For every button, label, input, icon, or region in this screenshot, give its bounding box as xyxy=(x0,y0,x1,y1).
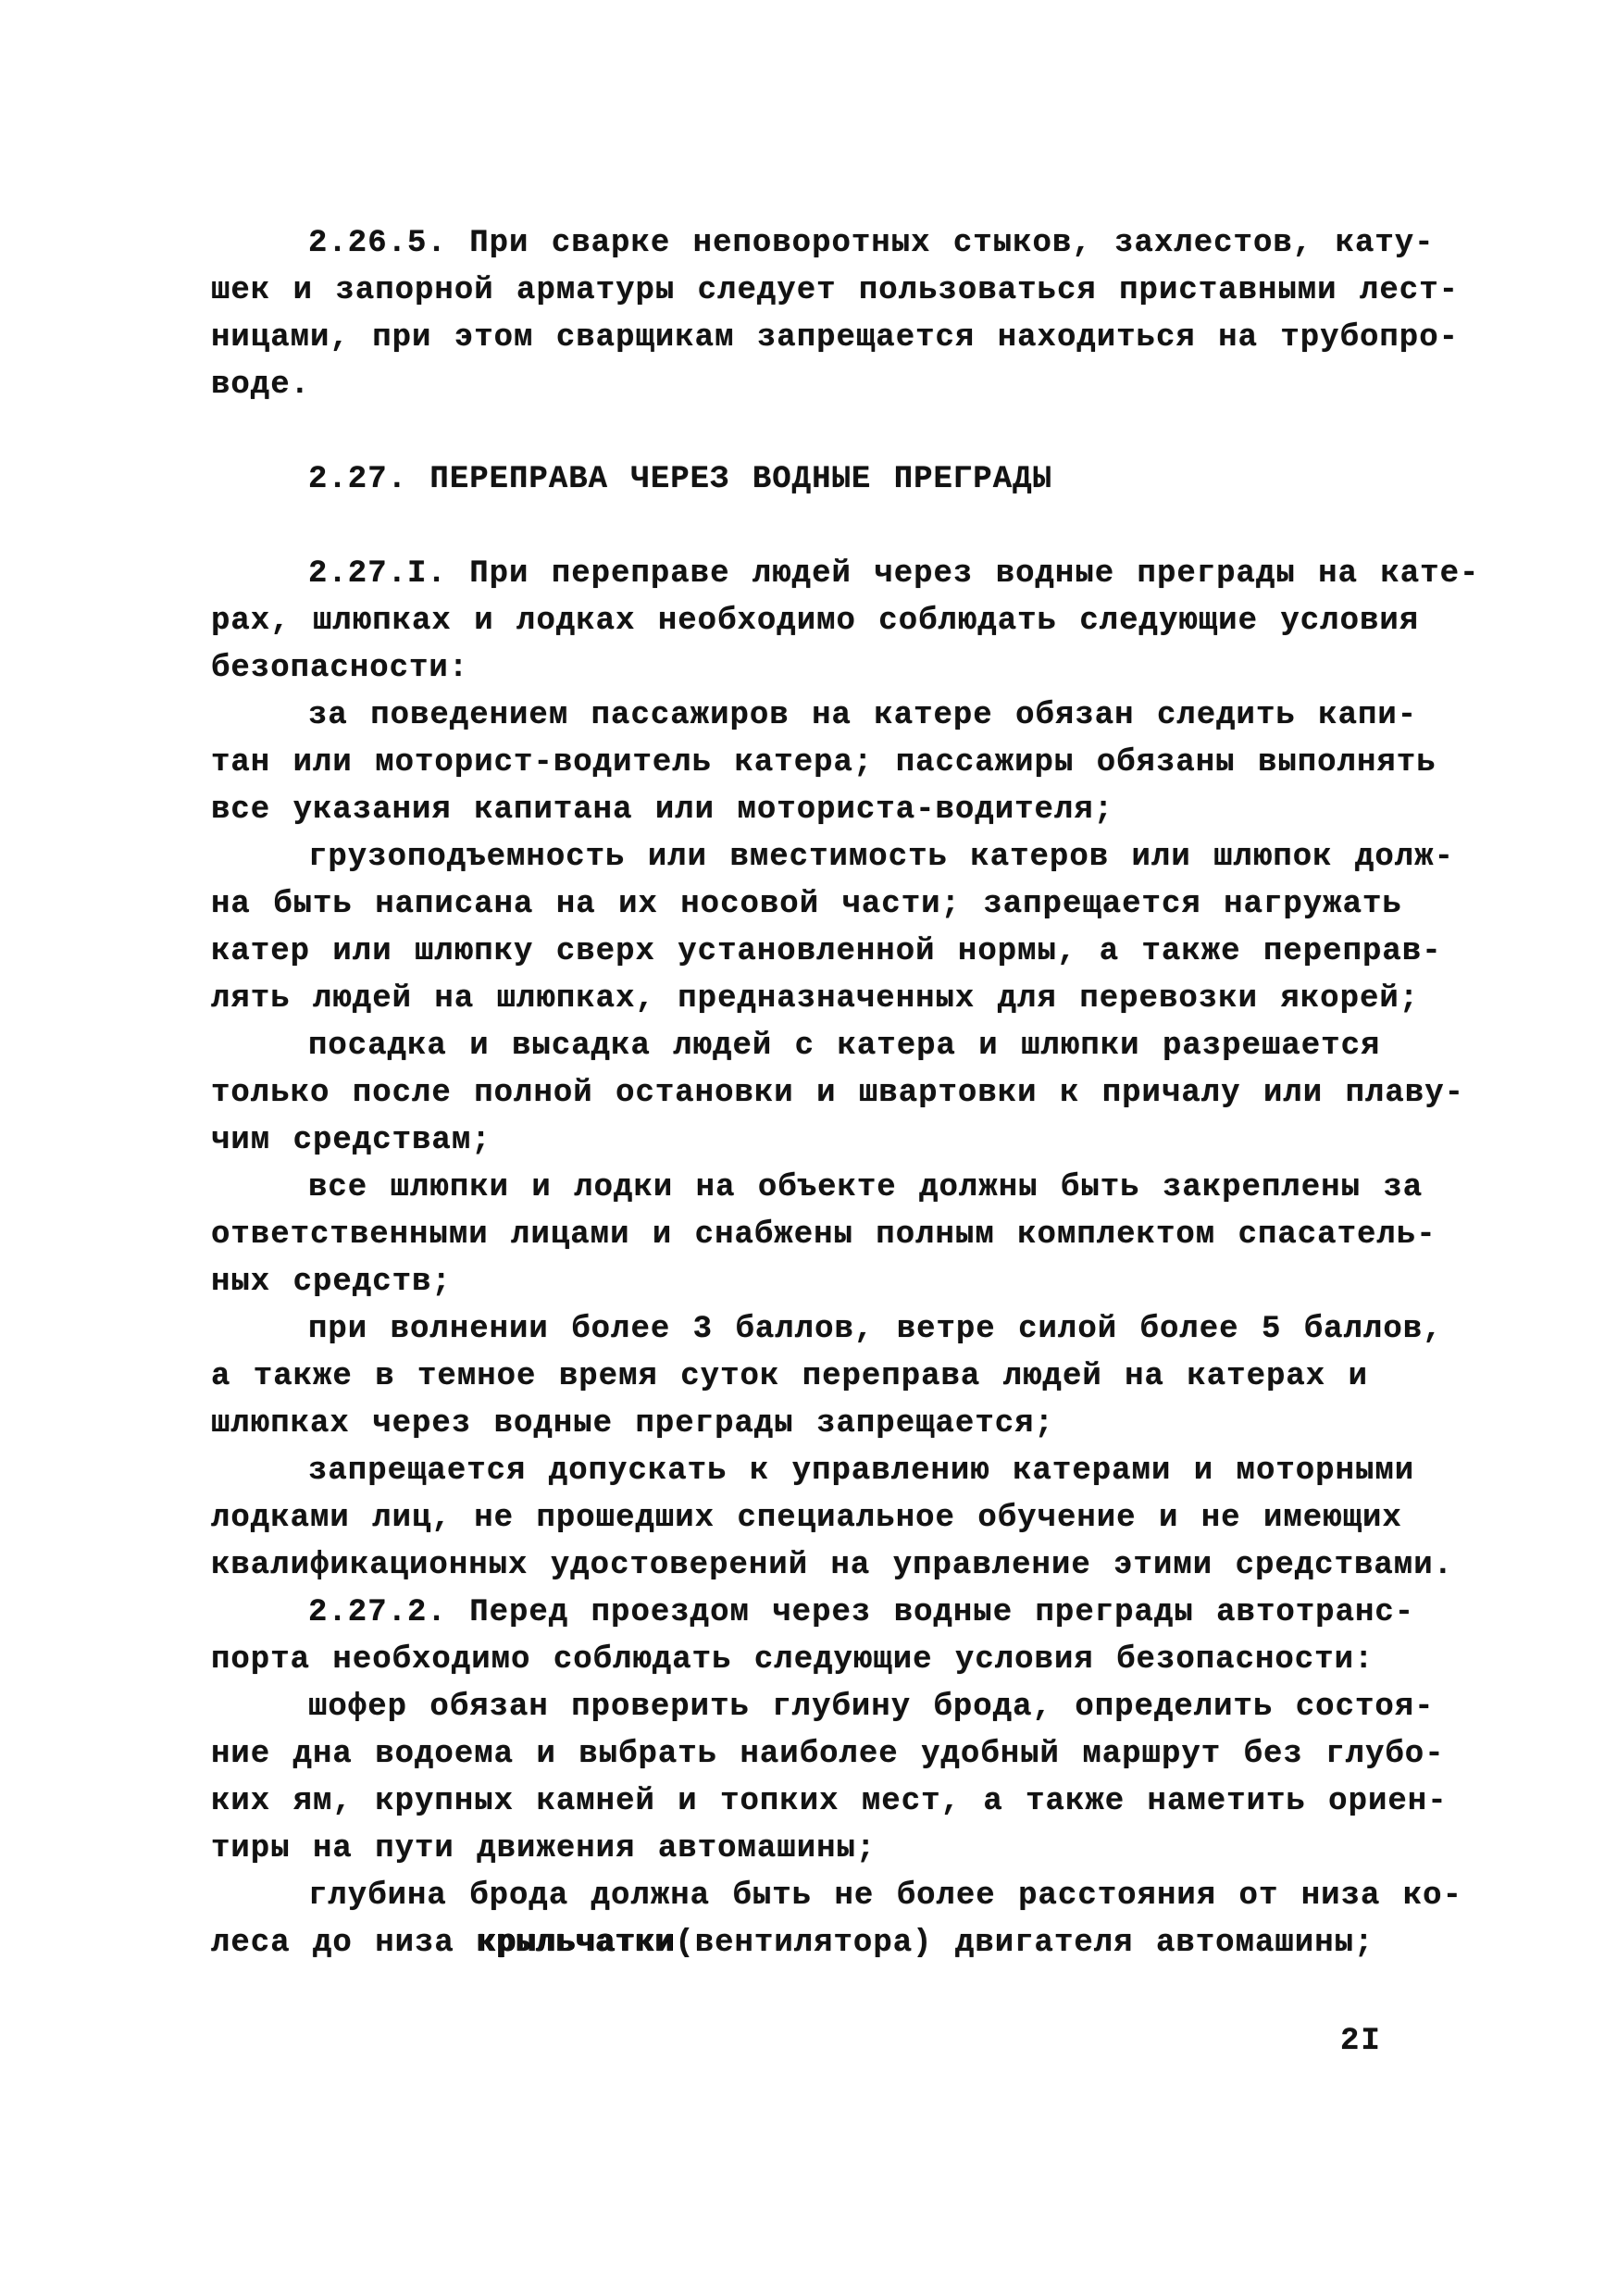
text-run: леса до низа xyxy=(211,1926,477,1961)
page-number: 2I xyxy=(1340,2018,1382,2065)
text-line: порта необходимо соблюдать следующие усл… xyxy=(211,1637,1498,1684)
text-line: квалификационных удостоверений на управл… xyxy=(211,1542,1498,1590)
text-line: катер или шлюпку сверх установленной нор… xyxy=(211,929,1498,976)
text-line: 2.26.5. При сварке неповоротных стыков, … xyxy=(211,220,1498,268)
text-line: грузоподъемность или вместимость катеров… xyxy=(211,834,1498,881)
text-line: ницами, при этом сварщикам запрещается н… xyxy=(211,315,1498,362)
paragraph: 2.26.5. При сварке неповоротных стыков, … xyxy=(211,220,1498,409)
text-line: тан или моторист-водитель катера; пассаж… xyxy=(211,740,1498,787)
text-line: рах, шлюпках и лодках необходимо соблюда… xyxy=(211,598,1498,645)
text-line: чим средствам; xyxy=(211,1117,1498,1165)
text-line: 2.27. ПЕРЕПРАВА ЧЕРЕЗ ВОДНЫЕ ПРЕГРАДЫ xyxy=(211,456,1498,504)
text-line: запрещается допускать к управлению катер… xyxy=(211,1448,1498,1495)
text-line: а также в темное время суток переправа л… xyxy=(211,1354,1498,1401)
paragraph: за поведением пассажиров на катере обяза… xyxy=(211,693,1498,834)
text-line: безопасности: xyxy=(211,645,1498,693)
paragraph: все шлюпки и лодки на объекте должны быт… xyxy=(211,1165,1498,1306)
text-line: шофер обязан проверить глубину брода, оп… xyxy=(211,1684,1498,1731)
text-line: шек и запорной арматуры следует пользова… xyxy=(211,268,1498,315)
paragraph: запрещается допускать к управлению катер… xyxy=(211,1448,1498,1590)
text-line: леса до низа крыльчатки(вентилятора) дви… xyxy=(211,1920,1498,1967)
text-line: при волнении более 3 баллов, ветре силой… xyxy=(211,1306,1498,1354)
paragraph: посадка и высадка людей с катера и шлюпк… xyxy=(211,1023,1498,1165)
paragraph: при волнении более 3 баллов, ветре силой… xyxy=(211,1306,1498,1448)
emphasized-text: крыльчатки xyxy=(477,1926,675,1961)
text-line: 2.27.2. Перед проездом через водные прег… xyxy=(211,1590,1498,1637)
text-line: только после полной остановки и швартовк… xyxy=(211,1070,1498,1117)
text-line: воде. xyxy=(211,362,1498,409)
document-text: 2.26.5. При сварке неповоротных стыков, … xyxy=(211,220,1498,1967)
paragraph: грузоподъемность или вместимость катеров… xyxy=(211,834,1498,1023)
paragraph: глубина брода должна быть не более расст… xyxy=(211,1873,1498,1967)
text-line: глубина брода должна быть не более расст… xyxy=(211,1873,1498,1920)
text-line: все указания капитана или моториста-води… xyxy=(211,787,1498,834)
document-page: 2.26.5. При сварке неповоротных стыков, … xyxy=(0,0,1617,2296)
text-line: шлюпках через водные преграды запрещаетс… xyxy=(211,1401,1498,1448)
text-line: 2.27.I. При переправе людей через водные… xyxy=(211,551,1498,598)
text-line: тиры на пути движения автомашины; xyxy=(211,1826,1498,1873)
text-line: все шлюпки и лодки на объекте должны быт… xyxy=(211,1165,1498,1212)
text-line: ких ям, крупных камней и топких мест, а … xyxy=(211,1778,1498,1826)
text-line: лодками лиц, не прошедших специальное об… xyxy=(211,1495,1498,1542)
text-line: посадка и высадка людей с катера и шлюпк… xyxy=(211,1023,1498,1070)
paragraph: 2.27.I. При переправе людей через водные… xyxy=(211,551,1498,693)
paragraph: 2.27.2. Перед проездом через водные прег… xyxy=(211,1590,1498,1684)
section-heading: 2.27. ПЕРЕПРАВА ЧЕРЕЗ ВОДНЫЕ ПРЕГРАДЫ xyxy=(211,456,1498,504)
text-line: ных средств; xyxy=(211,1259,1498,1306)
text-line: лять людей на шлюпках, предназначенных д… xyxy=(211,976,1498,1023)
paragraph: шофер обязан проверить глубину брода, оп… xyxy=(211,1684,1498,1873)
text-line: на быть написана на их носовой части; за… xyxy=(211,881,1498,929)
text-line: ние дна водоема и выбрать наиболее удобн… xyxy=(211,1731,1498,1778)
text-run: (вентилятора) двигателя автомашины; xyxy=(675,1926,1374,1961)
text-line: ответственными лицами и снабжены полным … xyxy=(211,1212,1498,1259)
text-line: за поведением пассажиров на катере обяза… xyxy=(211,693,1498,740)
